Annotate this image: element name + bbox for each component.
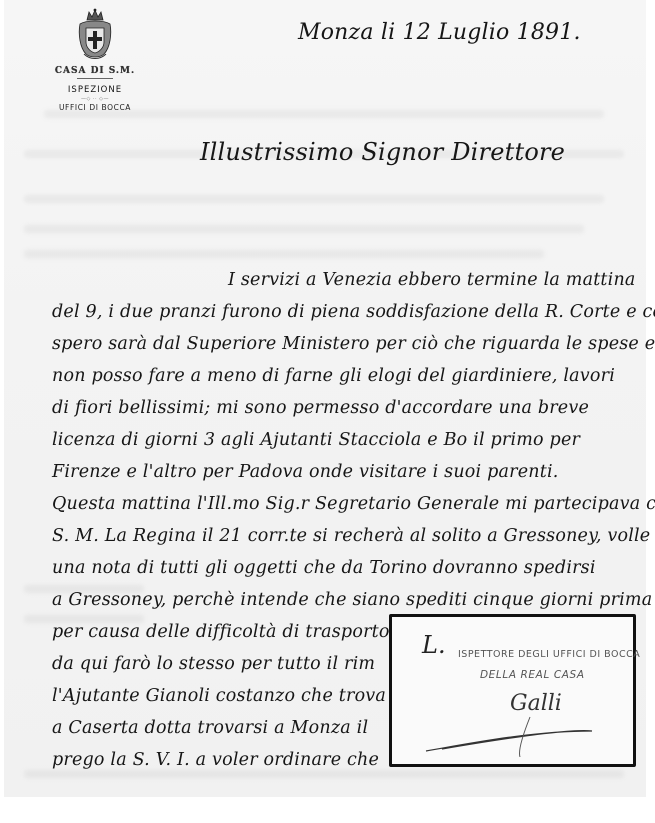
signature-flourish-icon xyxy=(422,707,602,757)
body-line: da qui farò lo stesso per tutto il rim xyxy=(52,654,375,674)
body-line: Questa mattina l'Ill.mo Sig.r Segretario… xyxy=(52,494,655,514)
body-line: S. M. La Regina il 21 corr.te si recherà… xyxy=(52,526,650,546)
body-line: spero sarà dal Superiore Ministero per c… xyxy=(52,334,655,354)
letterhead-house: CASA DI S.M. xyxy=(40,66,150,76)
body-line: I servizi a Venezia ebbero termine la ma… xyxy=(228,270,636,290)
letterhead: CASA DI S.M. ISPEZIONE —◇ ·· ◇— UFFICI D… xyxy=(40,8,150,112)
bleed-through-mark xyxy=(24,770,624,778)
body-line: una nota di tutti gli oggetti che da Tor… xyxy=(52,558,596,578)
signature-stamp-inset: L. ISPETTORE DEGLI UFFICI DI BOCCA DELLA… xyxy=(389,614,636,767)
letterhead-department: ISPEZIONE xyxy=(40,85,150,95)
body-line: licenza di giorni 3 agli Ajutanti Stacci… xyxy=(52,430,580,450)
letterhead-ornament: —◇ ·· ◇— xyxy=(40,96,150,102)
body-line: Firenze e l'altro per Padova onde visita… xyxy=(52,462,559,482)
letterhead-subtitle: UFFICI DI BOCCA xyxy=(40,103,150,112)
dateline: Monza li 12 Luglio 1891. xyxy=(298,20,581,45)
stamp-title: ISPETTORE DEGLI UFFICI DI BOCCA xyxy=(458,649,640,660)
royal-crest-icon xyxy=(76,8,114,62)
letterhead-divider xyxy=(77,78,113,79)
body-line: a Gressoney, perchè intende che siano sp… xyxy=(52,590,652,610)
body-line: non posso fare a meno di farne gli elogi… xyxy=(52,366,615,386)
body-line: per causa delle difficoltà di trasporto xyxy=(52,622,390,642)
salutation: Illustrissimo Signor Direttore xyxy=(200,138,565,166)
body-line: l'Ajutante Gianoli costanzo che trova xyxy=(52,686,386,706)
bleed-through-mark xyxy=(24,250,544,258)
body-line: di fiori bellissimi; mi sono permesso d'… xyxy=(52,398,589,418)
body-line: a Caserta dotta trovarsi a Monza il xyxy=(52,718,368,738)
stamp-subtitle: DELLA REAL CASA xyxy=(480,669,585,681)
stamp-initial: L. xyxy=(422,631,446,659)
bleed-through-mark xyxy=(24,195,604,203)
bleed-through-mark xyxy=(24,225,584,233)
body-line: del 9, i due pranzi furono di piena sodd… xyxy=(52,302,655,322)
body-line: prego la S. V. I. a voler ordinare che xyxy=(52,750,379,770)
